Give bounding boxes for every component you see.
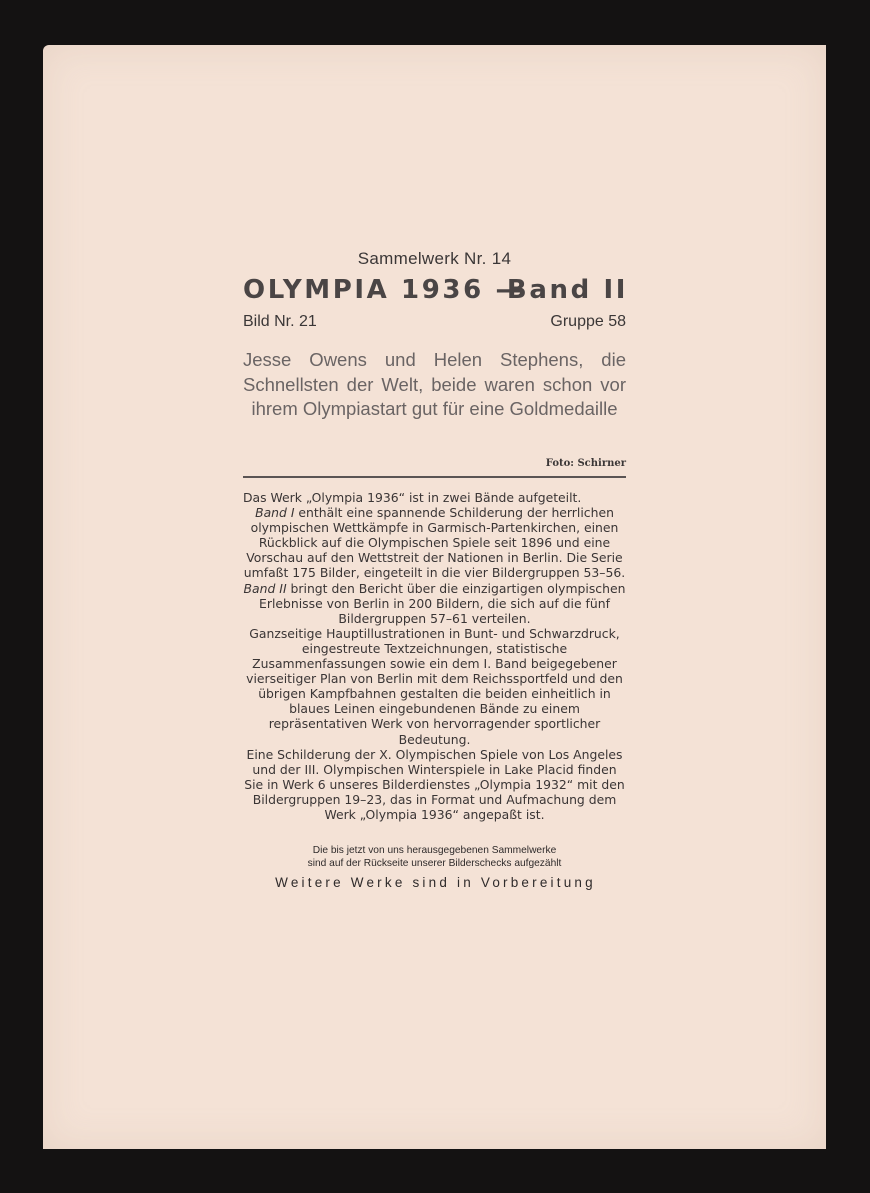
paragraph-band-1: Band I enthält eine spannende Schilderun… — [243, 505, 626, 580]
title-volume: Band II — [507, 275, 628, 305]
photo-credit: Foto: Schirner — [243, 458, 626, 469]
title-olympia: OLYMPIA 1936 — — [243, 275, 524, 305]
paragraph-band-2: Band II bringt den Bericht über die einz… — [243, 581, 626, 626]
paragraph-features: Ganzseitige Hauptillustrationen in Bunt-… — [243, 626, 626, 747]
band-1-label: Band I — [255, 505, 294, 520]
band-2-label: Band II — [244, 581, 287, 596]
card-title: OLYMPIA 1936 — Band II — [243, 275, 628, 305]
divider-rule — [243, 476, 626, 478]
description-text: Das Werk „Olympia 1936“ ist in zwei Bänd… — [243, 490, 626, 822]
paragraph-olympia-1932: Eine Schilderung der X. Olympischen Spie… — [243, 747, 626, 822]
series-number: Sammelwerk Nr. 14 — [243, 249, 626, 269]
published-works-note: Die bis jetzt von uns herausgegebenen Sa… — [243, 844, 626, 870]
picture-caption: Jesse Owens und Helen Stephens, die Schn… — [243, 348, 626, 422]
group-number: Gruppe 58 — [550, 313, 626, 331]
picture-info-row: Bild Nr. 21 Gruppe 58 — [243, 313, 626, 331]
collector-card-back: Sammelwerk Nr. 14 OLYMPIA 1936 — Band II… — [43, 45, 826, 1149]
paragraph-intro: Das Werk „Olympia 1936“ ist in zwei Bänd… — [243, 490, 626, 505]
in-preparation-notice: Weitere Werke sind in Vorbereitung — [243, 875, 628, 890]
picture-number: Bild Nr. 21 — [243, 313, 317, 330]
